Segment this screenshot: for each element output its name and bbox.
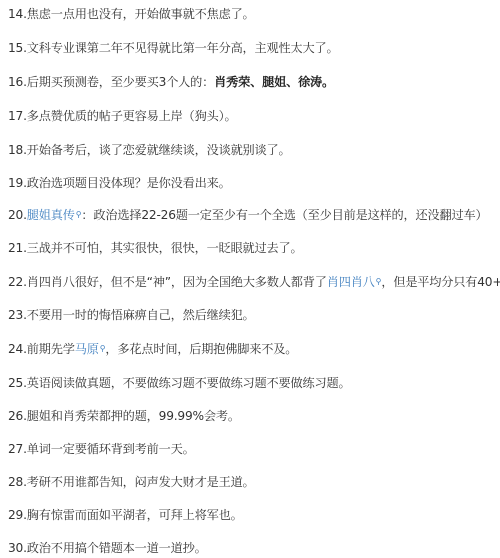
list-item-20: 20.腿姐真传⚲：政治选择22-26题一定至少有一个全选（至少目前是这样的，还没… (8, 206, 487, 224)
list-item-30: 30.政治不用搞个错题本一道一道抄。 (8, 539, 207, 557)
list-item-19: 19.政治选项题目没体现？是你没看出来。 (8, 174, 231, 192)
bold-names: 肖秀荣、腿姐、徐涛。 (214, 75, 334, 89)
list-item-24: 24.前期先学马原⚲，多花点时间，后期抱佛脚来不及。 (8, 340, 297, 358)
list-item-21: 21.三战并不可怕，其实很快，很快，一眨眼就过去了。 (8, 239, 303, 257)
list-item-27: 27.单词一定要循环背到考前一天。 (8, 440, 195, 458)
list-item-15: 15.文科专业课第二年不见得就比第一年分高，主观性太大了。 (8, 39, 338, 57)
list-item-22: 22.肖四肖八很好，但不是“神”，因为全国绝大多数人都背了肖四肖八⚲，但是平均分… (8, 273, 500, 291)
search-link-tuijie[interactable]: 腿姐真传 (27, 208, 75, 222)
list-item-29: 29.胸有惊雷而面如平湖者，可拜上将军也。 (8, 506, 243, 524)
list-item-14: 14.焦虑一点用也没有，开始做事就不焦虑了。 (8, 5, 255, 23)
list-item-26: 26.腿姐和肖秀荣都押的题，99.99%会考。 (8, 407, 240, 425)
list-item-23: 23.不要用一时的悔悟麻痹自己，然后继续犯。 (8, 306, 255, 324)
list-item-17: 17.多点赞优质的帖子更容易上岸（狗头）。 (8, 107, 236, 125)
list-item-25: 25.英语阅读做真题，不要做练习题不要做练习题不要做练习题。 (8, 374, 350, 392)
list-item-28: 28.考研不用谁都告知，闷声发大财才是王道。 (8, 473, 255, 491)
search-link-mayuan[interactable]: 马原 (75, 342, 99, 356)
list-item-18: 18.开始备考后，谈了恋爱就继续谈，没谈就别谈了。 (8, 141, 291, 159)
list-item-16: 16.后期买预测卷，至少要买3个人的：肖秀荣、腿姐、徐涛。 (8, 73, 334, 91)
search-link-xiaosi[interactable]: 肖四肖八 (327, 275, 375, 289)
